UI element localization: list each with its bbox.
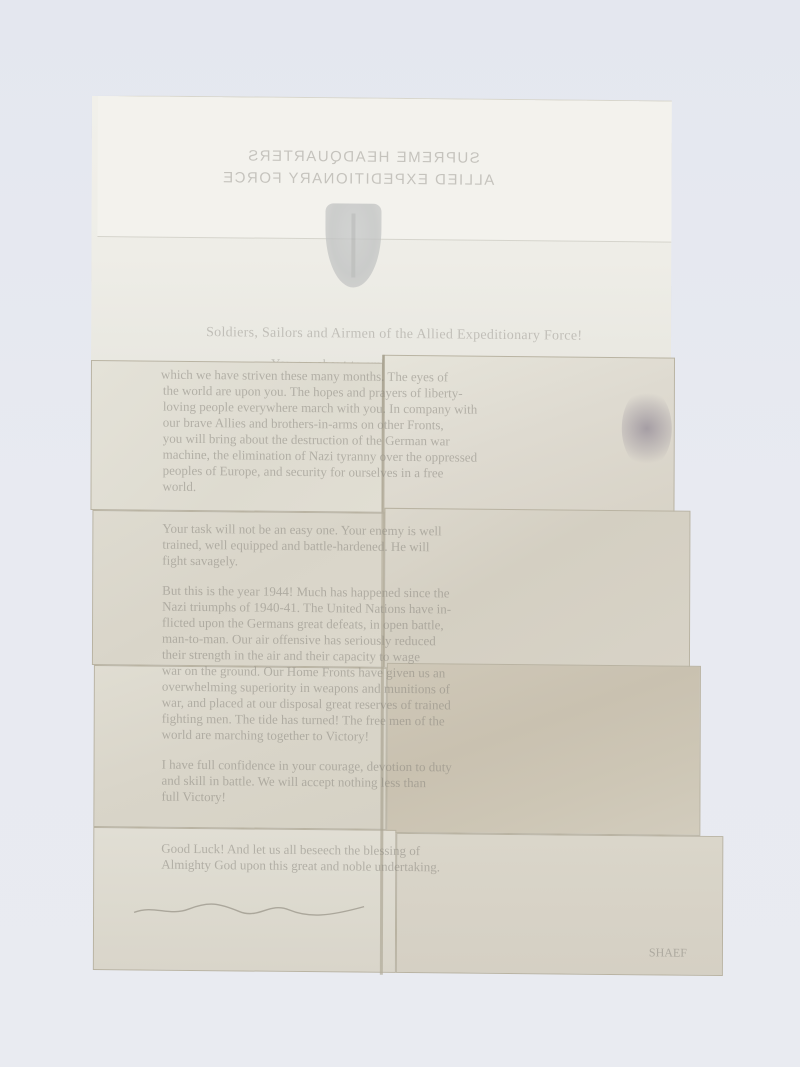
- salutation: Soldiers, Sailors and Airmen of the Alli…: [206, 325, 582, 345]
- paragraph-line: full Victory!: [161, 789, 225, 806]
- header-line-2: ALLIED EXPEDITIONARY FORCE: [222, 169, 495, 189]
- header-line-1: SUPREME HEADQUARTERS: [247, 147, 480, 166]
- paragraph-line: world.: [163, 479, 197, 495]
- shield-with-sword-emblem-icon: [325, 203, 381, 288]
- ink-stain: [622, 388, 672, 468]
- signature: [129, 890, 369, 924]
- paragraph-line: fight savagely.: [162, 553, 238, 570]
- folded-panels: which we have striven these many months.…: [89, 360, 723, 981]
- top-panel-upper-fold: [97, 96, 671, 243]
- paragraph-line: Almighty God upon this great and noble u…: [161, 857, 440, 876]
- footer-mark: SHAEF: [649, 945, 687, 960]
- paragraph-line: world are marching together to Victory!: [162, 727, 369, 745]
- sword-icon: [351, 213, 355, 277]
- signature-scribble-icon: [129, 890, 369, 922]
- document-paper: SUPREME HEADQUARTERS ALLIED EXPEDITIONAR…: [89, 70, 724, 981]
- paragraph-line: peoples of Europe, and security for ours…: [163, 463, 444, 482]
- top-panel: SUPREME HEADQUARTERS ALLIED EXPEDITIONAR…: [91, 96, 672, 367]
